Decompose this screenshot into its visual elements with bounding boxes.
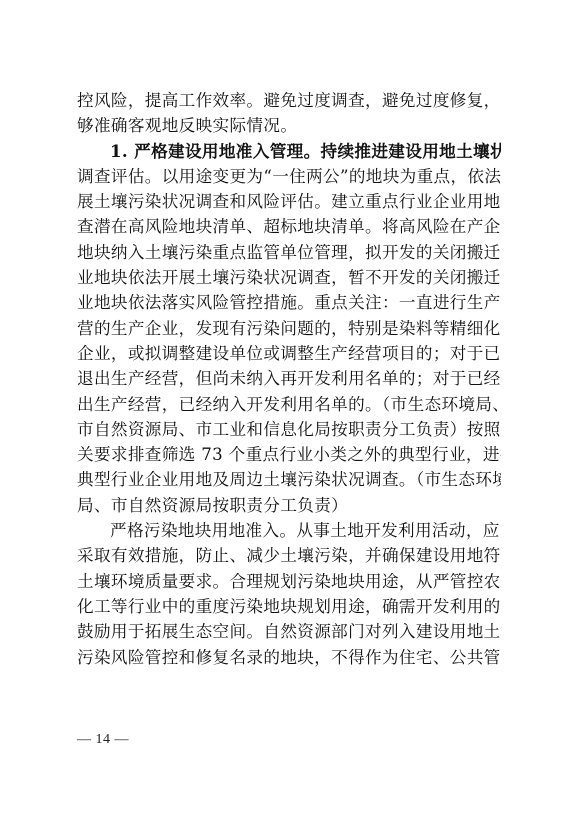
text-line: 土壤环境质量要求。合理规划污染地块用途，从严管控农药、 — [77, 569, 501, 594]
text-line: 关要求排查筛选 73 个重点行业小类之外的典型行业，进行 — [77, 442, 501, 467]
text-line: 地块纳入土壤污染重点监管单位管理，拟开发的关闭搬迁企 — [77, 240, 501, 265]
text-line: 查潜在高风险地块清单、超标地块清单。将高风险在产企业 — [77, 214, 501, 239]
text-line: 采取有效措施，防止、减少土壤污染，并确保建设用地符合 — [77, 543, 501, 568]
page-number: — 14 — — [77, 732, 129, 748]
text-line: 营的生产企业，发现有污染问题的，特别是染料等精细化工 — [77, 316, 501, 341]
text-line: 够准确客观地反映实际情况。 — [77, 113, 501, 138]
text-line: 严格污染地块用地准入。从事土地开发利用活动，应当 — [77, 518, 501, 543]
text-line: 控风险，提高工作效率。避免过度调查，避免过度修复，能 — [77, 88, 501, 113]
text-line: 退出生产经营，但尚未纳入再开发利用名单的；对于已经退 — [77, 366, 501, 391]
text-line: 化工等行业中的重度污染地块规划用途，确需开发利用的， — [77, 594, 501, 619]
text-line: 出生产经营，已经纳入开发利用名单的。（市生态环境局、 — [77, 392, 501, 417]
text-line: 业地块依法开展土壤污染状况调查，暂不开发的关闭搬迁企 — [77, 265, 501, 290]
text-line: 污染风险管控和修复名录的地块，不得作为住宅、公共管理 — [77, 645, 501, 670]
text-line: 市自然资源局、市工业和信息化局按职责分工负责）按照相 — [77, 417, 501, 442]
text-line: 鼓励用于拓展生态空间。自然资源部门对列入建设用地土壤 — [77, 619, 501, 644]
text-line: 局、市自然资源局按职责分工负责） — [77, 493, 501, 518]
text-line: 展土壤污染状况调查和风险评估。建立重点行业企业用地调 — [77, 189, 501, 214]
document-page: 控风险，提高工作效率。避免过度调查，避免过度修复，能 够准确客观地反映实际情况。… — [0, 0, 578, 818]
text-line: 企业，或拟调整建设单位或调整生产经营项目的；对于已经 — [77, 341, 501, 366]
text-line: 调查评估。以用途变更为“一住两公”的地块为重点，依法开 — [77, 164, 501, 189]
body-text: 控风险，提高工作效率。避免过度调查，避免过度修复，能 够准确客观地反映实际情况。… — [77, 88, 501, 670]
section-heading-line: 1. 严格建设用地准入管理。持续推进建设用地土壤状况 — [77, 139, 501, 164]
text-line: 典型行业企业用地及周边土壤污染状况调查。（市生态环境 — [77, 467, 501, 492]
text-line: 业地块依法落实风险管控措施。重点关注：一直进行生产经 — [77, 290, 501, 315]
